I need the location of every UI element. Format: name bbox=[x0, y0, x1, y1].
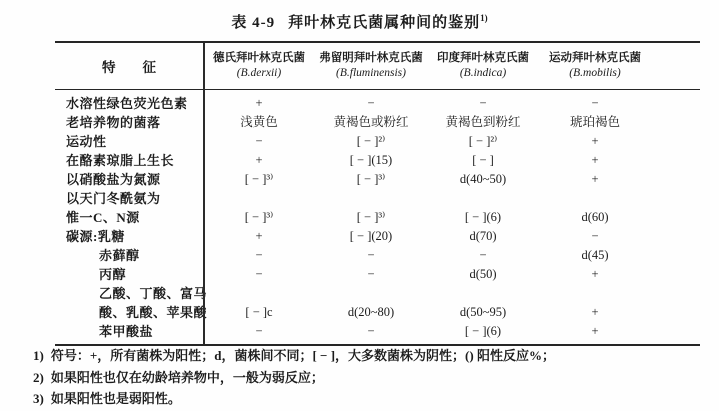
cell-mobilis: + bbox=[539, 303, 651, 322]
row-label-line1: 老培养物的菌落 bbox=[66, 113, 203, 132]
species-cn-name: 运动拜叶林克氏菌 bbox=[549, 51, 641, 66]
column-divider-rule bbox=[203, 43, 205, 344]
cell-indica: d(40~50) bbox=[427, 170, 539, 189]
footnote-1: 1)符号：+，所有菌株为阳性；d，菌株间不同；[ − ]，大多数菌株为阴性；()… bbox=[33, 345, 703, 367]
footnotes: 1)符号：+，所有菌株为阳性；d，菌株间不同；[ − ]，大多数菌株为阴性；()… bbox=[33, 345, 703, 410]
species-latin-name: (B.indica) bbox=[460, 66, 506, 81]
cell-mobilis: d(60) bbox=[539, 208, 651, 227]
header-species-fluminensis: 弗留明拜叶林克氏菌 (B.fluminensis) bbox=[315, 43, 427, 89]
species-cn-name: 德氏拜叶林克氏菌 bbox=[213, 51, 305, 66]
species-latin-name: (B.fluminensis) bbox=[336, 66, 406, 81]
footnote-text: 如果阳性也仅在幼龄培养物中，一般为弱反应； bbox=[51, 370, 324, 385]
row-label-line1: 乙酸、丁酸、富马 bbox=[99, 284, 203, 303]
species-latin-name: (B.mobilis) bbox=[569, 66, 620, 81]
row-label-line1: 水溶性绿色荧光色素 bbox=[66, 94, 203, 113]
cell-fluminensis: [ − ](20) bbox=[315, 227, 427, 246]
footnote-marker: 1) bbox=[33, 345, 44, 367]
row-feature-label: 碳源:乳糖 bbox=[55, 227, 203, 246]
cell-mobilis: + bbox=[539, 265, 651, 284]
cell-derxii: − bbox=[203, 132, 315, 151]
cell-derxii: [ − ]c bbox=[203, 303, 315, 322]
cell-mobilis: d(45) bbox=[539, 246, 651, 265]
cell-fluminensis: d(20~80) bbox=[315, 303, 427, 322]
table-row: 老培养物的菌落 浅黄色 黄褐色或粉红 黄褐色到粉红 琥珀褐色 bbox=[55, 113, 700, 132]
row-label-line1: 以天门冬酰氨为 bbox=[66, 189, 203, 208]
footnote-3: 3)如果阳性也是弱阳性。 bbox=[33, 388, 703, 410]
table-row: 丙醇 − − d(50) + bbox=[55, 265, 700, 284]
cell-indica: d(50) bbox=[427, 265, 539, 284]
species-cn-name: 印度拜叶林克氏菌 bbox=[437, 51, 529, 66]
row-feature-label: 水溶性绿色荧光色素 bbox=[55, 94, 203, 113]
cell-indica: [ − ] bbox=[427, 151, 539, 170]
cell-mobilis: + bbox=[539, 170, 651, 189]
feature-column-label: 特 征 bbox=[102, 56, 156, 76]
cell-fluminensis: − bbox=[315, 322, 427, 341]
table-row: 乙酸、丁酸、富马 酸、乳酸、苹果酸 [ − ]c d(20~80) d(50~9… bbox=[55, 284, 700, 322]
table-number: 表 4-9 bbox=[231, 15, 275, 31]
table-row: 以天门冬酰氨为 惟一C、N源 [ − ]³⁾ [ − ]³⁾ [ − ](6) … bbox=[55, 189, 700, 227]
cell-indica: d(70) bbox=[427, 227, 539, 246]
row-label-line1: 以硝酸盐为氮源 bbox=[66, 170, 203, 189]
row-feature-label: 丙醇 bbox=[55, 265, 203, 284]
row-feature-label: 运动性 bbox=[55, 132, 203, 151]
table-row: 水溶性绿色荧光色素 + − − − bbox=[55, 94, 700, 113]
header-right-spacer bbox=[651, 43, 700, 89]
row-label-line1: 运动性 bbox=[66, 132, 203, 151]
cell-derxii: − bbox=[203, 322, 315, 341]
cell-derxii: + bbox=[203, 94, 315, 113]
species-latin-name: (B.derxii) bbox=[237, 66, 281, 81]
header-species-indica: 印度拜叶林克氏菌 (B.indica) bbox=[427, 43, 539, 89]
cell-indica: d(50~95) bbox=[427, 303, 539, 322]
footnote-2: 2)如果阳性也仅在幼龄培养物中，一般为弱反应； bbox=[33, 367, 703, 389]
cell-fluminensis: [ − ]³⁾ bbox=[315, 170, 427, 189]
row-feature-label: 在酪素琼脂上生长 bbox=[55, 151, 203, 170]
row-feature-label: 老培养物的菌落 bbox=[55, 113, 203, 132]
cell-mobilis: + bbox=[539, 132, 651, 151]
cell-indica: 黄褐色到粉红 bbox=[427, 113, 539, 132]
footnote-marker: 2) bbox=[33, 367, 44, 389]
cell-fluminensis: 黄褐色或粉红 bbox=[315, 113, 427, 132]
footnote-marker: 3) bbox=[33, 388, 44, 410]
cell-indica: [ − ]²⁾ bbox=[427, 132, 539, 151]
cell-mobilis: 琥珀褐色 bbox=[539, 113, 651, 132]
cell-mobilis: − bbox=[539, 94, 651, 113]
cell-derxii: − bbox=[203, 265, 315, 284]
scanned-page: 表 4-9拜叶林克氏菌属种间的鉴别1) 特 征 德氏拜叶林克氏菌 (B.derx… bbox=[0, 0, 719, 411]
table-row: 赤藓醇 − − − d(45) bbox=[55, 246, 700, 265]
cell-fluminensis: [ − ]²⁾ bbox=[315, 132, 427, 151]
table-title: 表 4-9拜叶林克氏菌属种间的鉴别1) bbox=[0, 11, 719, 32]
row-feature-label: 以硝酸盐为氮源 bbox=[55, 170, 203, 189]
row-feature-label: 苯甲酸盐 bbox=[55, 322, 203, 341]
header-species-mobilis: 运动拜叶林克氏菌 (B.mobilis) bbox=[539, 43, 651, 89]
table-title-text: 拜叶林克氏菌属种间的鉴别 bbox=[288, 15, 480, 31]
cell-indica: − bbox=[427, 94, 539, 113]
species-differentiation-table: 特 征 德氏拜叶林克氏菌 (B.derxii) 弗留明拜叶林克氏菌 (B.flu… bbox=[55, 41, 700, 346]
row-label-line2: 惟一C、N源 bbox=[66, 208, 203, 227]
footnote-text: 符号：+，所有菌株为阳性；d，菌株间不同；[ − ]，大多数菌株为阴性；() 阳… bbox=[51, 348, 555, 363]
cell-fluminensis: − bbox=[315, 94, 427, 113]
row-feature-label: 以天门冬酰氨为 惟一C、N源 bbox=[55, 189, 203, 227]
cell-derxii: [ − ]³⁾ bbox=[203, 170, 315, 189]
table-row: 在酪素琼脂上生长 + [ − ](15) [ − ] + bbox=[55, 151, 700, 170]
table-row: 苯甲酸盐 − − [ − ](6) + bbox=[55, 322, 700, 341]
cell-fluminensis: [ − ](15) bbox=[315, 151, 427, 170]
table-row: 以硝酸盐为氮源 [ − ]³⁾ [ − ]³⁾ d(40~50) + bbox=[55, 170, 700, 189]
row-label-line1: 碳源:乳糖 bbox=[66, 227, 203, 246]
cell-indica: − bbox=[427, 246, 539, 265]
table-body: 水溶性绿色荧光色素 + − − − 老培养物的菌落 浅黄色 黄褐色或粉红 黄褐色… bbox=[55, 90, 700, 344]
table-row: 碳源:乳糖 + [ − ](20) d(70) − bbox=[55, 227, 700, 246]
cell-fluminensis: [ − ]³⁾ bbox=[315, 208, 427, 227]
cell-derxii: + bbox=[203, 151, 315, 170]
row-label-line1: 赤藓醇 bbox=[99, 246, 203, 265]
cell-derxii: [ − ]³⁾ bbox=[203, 208, 315, 227]
row-label-line1: 在酪素琼脂上生长 bbox=[66, 151, 203, 170]
table-row: 运动性 − [ − ]²⁾ [ − ]²⁾ + bbox=[55, 132, 700, 151]
table-header-row: 特 征 德氏拜叶林克氏菌 (B.derxii) 弗留明拜叶林克氏菌 (B.flu… bbox=[55, 43, 700, 90]
species-cn-name: 弗留明拜叶林克氏菌 bbox=[319, 51, 423, 66]
row-label-line1: 丙醇 bbox=[99, 265, 203, 284]
cell-derxii: − bbox=[203, 246, 315, 265]
row-label-line2: 酸、乳酸、苹果酸 bbox=[99, 303, 203, 322]
cell-derxii: + bbox=[203, 227, 315, 246]
cell-indica: [ − ](6) bbox=[427, 322, 539, 341]
cell-indica: [ − ](6) bbox=[427, 208, 539, 227]
cell-mobilis: + bbox=[539, 151, 651, 170]
cell-mobilis: − bbox=[539, 227, 651, 246]
header-species-derxii: 德氏拜叶林克氏菌 (B.derxii) bbox=[203, 43, 315, 89]
cell-fluminensis: − bbox=[315, 265, 427, 284]
header-feature-column: 特 征 bbox=[55, 43, 203, 89]
cell-derxii: 浅黄色 bbox=[203, 113, 315, 132]
cell-mobilis: + bbox=[539, 322, 651, 341]
cell-fluminensis: − bbox=[315, 246, 427, 265]
title-footnote-ref: 1) bbox=[480, 13, 488, 23]
row-feature-label: 乙酸、丁酸、富马 酸、乳酸、苹果酸 bbox=[55, 284, 203, 322]
row-feature-label: 赤藓醇 bbox=[55, 246, 203, 265]
footnote-text: 如果阳性也是弱阳性。 bbox=[51, 391, 181, 406]
row-label-line1: 苯甲酸盐 bbox=[99, 322, 203, 341]
